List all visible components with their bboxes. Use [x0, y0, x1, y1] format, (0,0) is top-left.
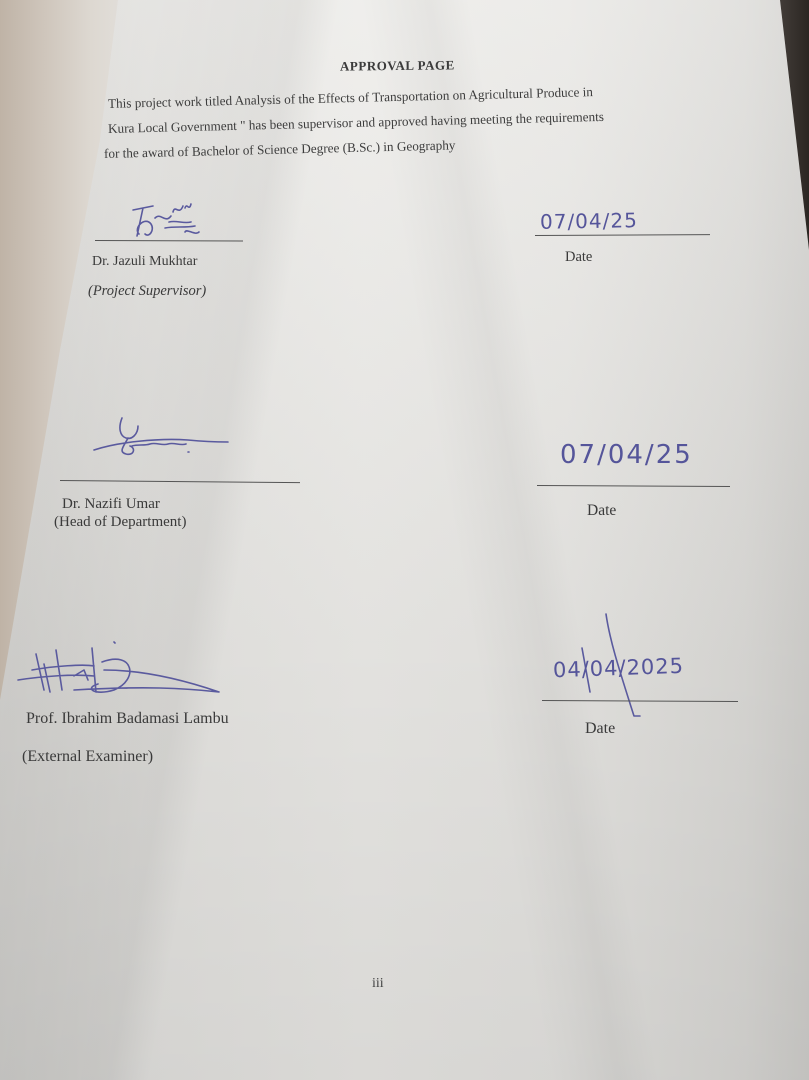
hod-role: (Head of Department)	[54, 514, 186, 531]
examiner-role: (External Examiner)	[22, 748, 153, 766]
supervisor-date-handwritten: 07/04/25	[540, 208, 638, 234]
hod-date-handwritten: 07/04/25	[560, 440, 693, 470]
examiner-date-handwritten: 04/04/2025	[553, 654, 685, 683]
hod-name: Dr. Nazifi Umar	[62, 496, 160, 513]
page-title: APPROVAL PAGE	[340, 57, 455, 74]
supervisor-role: (Project Supervisor)	[88, 283, 206, 300]
supervisor-name: Dr. Jazuli Mukhtar	[92, 254, 197, 270]
hod-date-label: Date	[587, 502, 616, 520]
examiner-date-label: Date	[585, 720, 615, 738]
examiner-name: Prof. Ibrahim Badamasi Lambu	[26, 710, 229, 728]
supervisor-date-label: Date	[565, 249, 592, 266]
paper-page	[0, 0, 809, 1080]
examiner-signature-icon	[14, 640, 229, 710]
page-number: iii	[372, 976, 384, 992]
hod-signature-icon	[88, 412, 238, 467]
supervisor-signature-icon	[125, 198, 235, 253]
